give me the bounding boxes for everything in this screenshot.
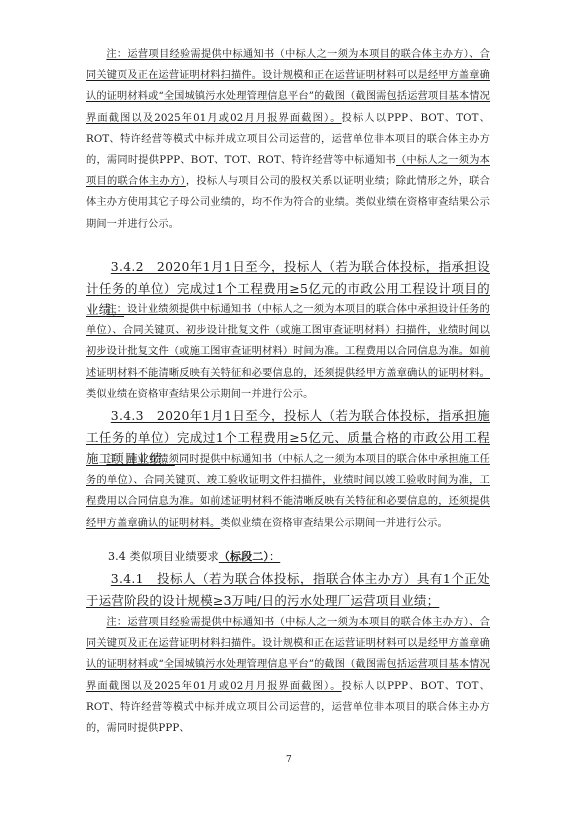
note-underlined-text: 注：设计业绩须提供中标通知书（中标人之一须为本项目的联合体中承担设计任务的单位）… xyxy=(86,304,490,379)
note-operation-experience-lot2: 注：运营项目经验需提供中标通知书（中标人之一须为本项目的联合体主办方）、合同关键… xyxy=(86,612,490,739)
section-3-4-lot2: 3.4 类似项目业绩要求（标段二）： xyxy=(86,546,490,567)
note-plain-text: 类似业绩在资格审查结果公示期间一并进行公示。 xyxy=(86,389,313,400)
note-construction-experience: 注：施工业绩须同时提供中标通知书（中标人之一须为本项目的联合体中承担施工任务的单… xyxy=(86,449,490,534)
note-operation-experience-lot1: 注：运营项目经验需提供中标通知书（中标人之一须为本项目的联合体主办方）、合同关键… xyxy=(86,44,490,235)
note-design-experience: 注：设计业绩须提供中标通知书（中标人之一须为本项目的联合体中承担设计任务的单位）… xyxy=(86,299,490,405)
section-prefix: 3.4 类似项目业绩要求 xyxy=(108,550,219,563)
page-number: 7 xyxy=(286,755,292,765)
clause-3-4-1-lot2: 3.4.1 投标人（若为联合体投标，指联合体主办方）具有1个正处于运营阶段的设计… xyxy=(86,568,490,611)
section-lot-label: （标段二） xyxy=(219,550,269,563)
document-page: 注：运营项目经验需提供中标通知书（中标人之一须为本项目的联合体主办方）、合同关键… xyxy=(0,0,578,818)
clause-text: 3.4.1 投标人（若为联合体投标，指联合体主办方）具有1个正处于运营阶段的设计… xyxy=(86,571,490,608)
note-plain-text: 类似业绩在资格审查结果公示期间一并进行公示。 xyxy=(220,518,447,529)
section-suffix: ： xyxy=(269,550,280,563)
